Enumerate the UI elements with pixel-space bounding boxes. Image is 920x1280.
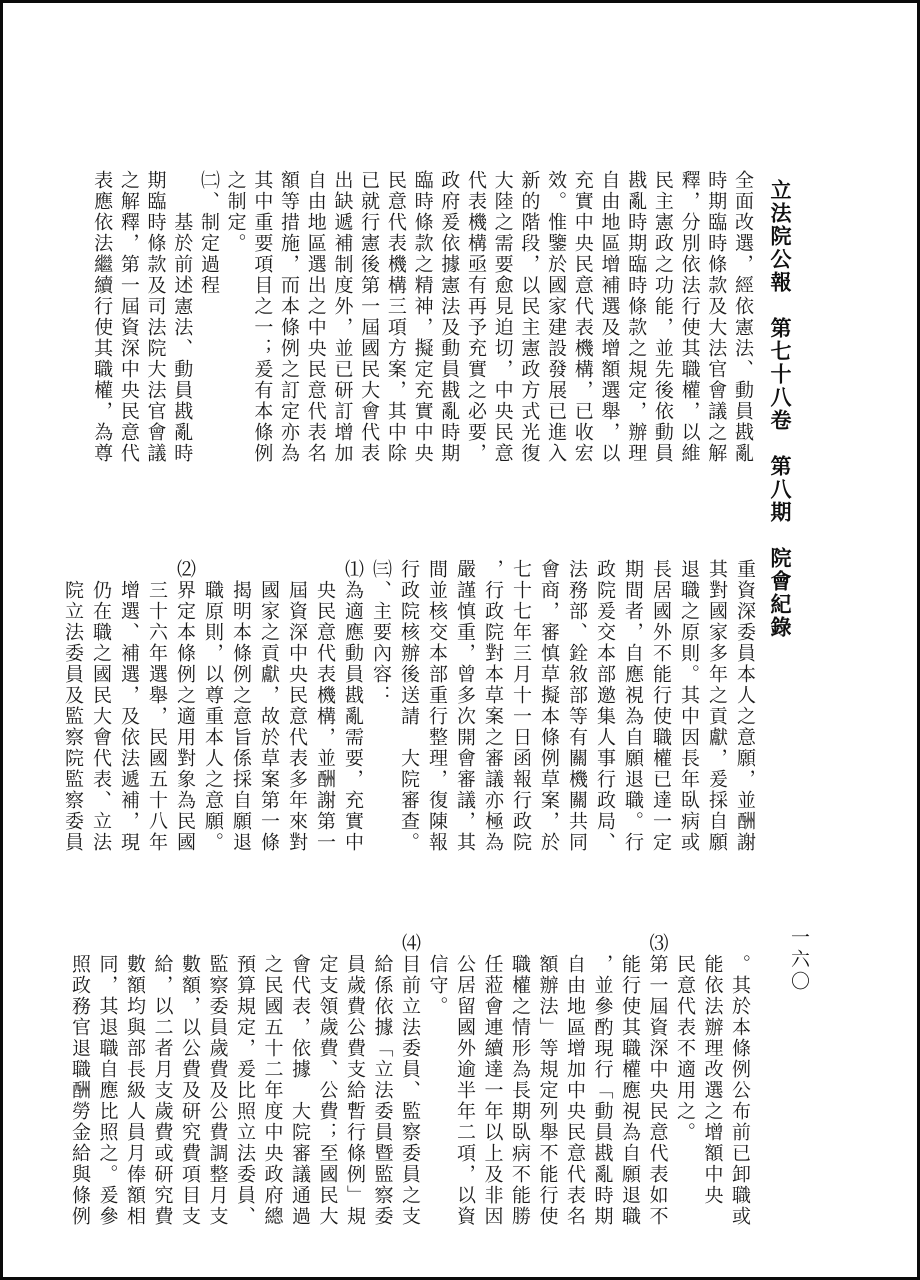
text-column: 效。惟鑒於國家建設發展已進入 xyxy=(542,170,569,464)
text-column: 員歲費公費支給暫行條例」規 xyxy=(341,933,369,1227)
text-column: 出缺遞補制度外，並已研訂增加 xyxy=(329,170,356,464)
text-column: 數額，以公費及研究費項目支 xyxy=(176,933,204,1227)
text-column: 釋，分別依法行使其職權，以維 xyxy=(676,170,703,464)
text-column: 期臨時條款及司法院大法官會議 xyxy=(142,170,169,464)
text-band-lower: 。其於本條例公布前已卸職或 能依法辦理改選之增額中央 民意代表不適用之。⑶第一屆… xyxy=(66,933,754,1227)
text-column: 間並核交本部重行整理，復陳報 xyxy=(423,559,451,853)
text-column: 臨時條款之精神，擬定充實中央 xyxy=(409,170,436,464)
text-column: 監察委員歲費及公費調整月支 xyxy=(203,933,231,1227)
text-column: 民意代表機構三項方案，其中除 xyxy=(382,170,409,464)
gazette-scan-page: 立法院公報 第七十八卷 第八期 院會紀錄 一六〇 全面改選，經依憲法、動員戡亂時… xyxy=(0,0,920,1280)
text-column: 行政院核辦後送請 大院審查。 xyxy=(395,559,423,853)
text-column: ⑴為適應動員戡亂需要，充實中 xyxy=(339,559,367,853)
text-column: 給，以二者月支歲費或研究費 xyxy=(148,933,176,1227)
text-column: 能依法辦理改選之增額中央 xyxy=(698,933,726,1227)
text-column: 政院爰交本部邀集人事行政局、 xyxy=(591,559,619,853)
text-column: 預算規定，爰比照立法委員、 xyxy=(231,933,259,1227)
text-column: 其中重要項目之一；爰有本條例 xyxy=(249,170,276,464)
text-column: 之民國五十二年度中央政府總 xyxy=(258,933,286,1227)
text-column: 基於前述憲法、動員戡亂時 xyxy=(169,170,196,464)
text-column: 能行使其職權應視為自願退職 xyxy=(616,933,644,1227)
text-column: ㈢、主要內容： xyxy=(367,559,395,853)
text-column: 新的階段，以民主憲政方式光復 xyxy=(516,170,543,464)
text-column: ㈡、制定過程 xyxy=(195,170,222,464)
text-column: 會代表，依據 大院審議通過 xyxy=(286,933,314,1227)
text-column: 屆資深中央民意代表多年來對 xyxy=(283,559,311,853)
text-column: 給係依據「立法委員暨監察委 xyxy=(368,933,396,1227)
page-number: 一六〇 xyxy=(786,927,813,993)
gazette-masthead-title: 立法院公報 第七十八卷 第八期 院會紀錄 xyxy=(765,179,795,639)
text-column: 重資深委員本人之意願，並酬謝 xyxy=(731,559,759,853)
text-column: 職權之情形為長期臥病不能勝 xyxy=(506,933,534,1227)
text-column: 照政務官退職酬勞金給與條例 xyxy=(66,933,94,1227)
text-column: 嚴謹慎重，曾多次開會審議，其 xyxy=(451,559,479,853)
text-column: 公居留國外逾半年二項，以資 xyxy=(451,933,479,1227)
text-column: 。其於本條例公布前已卸職或 xyxy=(726,933,754,1227)
text-band-middle: 重資深委員本人之意願，並酬謝其對國家多年之貢獻，爰採自願退職之原則。其中因長年臥… xyxy=(59,559,759,853)
text-column: 自由地區選出之中央民意代表名 xyxy=(302,170,329,464)
text-column: 充實中央民意代表機構，已收宏 xyxy=(569,170,596,464)
text-band-upper: 全面改選，經依憲法、動員戡亂時期臨時條款及大法官會議之解釋，分別依法行使其職權，… xyxy=(88,170,756,464)
text-column: 民主憲政之功能，並先後依動員 xyxy=(649,170,676,464)
text-column: 之解釋，第一屆資深中央民意代 xyxy=(115,170,142,464)
text-column: 政府爰依據憲法及動員戡亂時期 xyxy=(436,170,463,464)
text-column: ⑷目前立法委員、監察委員之支 xyxy=(396,933,424,1227)
text-column: 院立法委員及監察院監察委員 xyxy=(59,559,87,853)
text-column: 七十七年三月十一日函報行政院 xyxy=(507,559,535,853)
text-column: ⑵界定本條例之適用對象為民國 xyxy=(171,559,199,853)
text-column: ，並參酌現行「動員戡亂時期 xyxy=(588,933,616,1227)
text-column: 任蒞會連續達一年以上及非因 xyxy=(478,933,506,1227)
text-column: 會商，審慎草擬本條例草案，於 xyxy=(535,559,563,853)
text-column: ，行政院對本草案之審議亦極為 xyxy=(479,559,507,853)
text-column: 之制定。 xyxy=(222,170,249,464)
text-column: 增選、補選，及依法遞補，現 xyxy=(115,559,143,853)
text-column: 其對國家多年之貢獻，爰採自願 xyxy=(703,559,731,853)
text-column: ⑶第一屆資深中央民意代表如不 xyxy=(643,933,671,1227)
text-column: 法務部、銓敘部等有關機關共同 xyxy=(563,559,591,853)
text-column: 全面改選，經依憲法、動員戡亂 xyxy=(729,170,756,464)
text-column: 戡亂時期臨時條款之規定，辦理 xyxy=(622,170,649,464)
text-column: 代表機構亟有再予充實之必要， xyxy=(462,170,489,464)
text-column: 時期臨時條款及大法官會議之解 xyxy=(703,170,730,464)
text-column: 同，其退職自應比照之。爰參 xyxy=(93,933,121,1227)
text-column: 職原則，以尊重本人之意願。 xyxy=(199,559,227,853)
text-column: 大陸之需要愈見迫切，中央民意 xyxy=(489,170,516,464)
text-column: 數額均與部長級人員月俸額相 xyxy=(121,933,149,1227)
text-column: 三十六年選舉，民國五十八年 xyxy=(143,559,171,853)
text-column: 自由地區增補選及增額選舉，以 xyxy=(596,170,623,464)
text-column: 民意代表不適用之。 xyxy=(671,933,699,1227)
text-column: 信守。 xyxy=(423,933,451,1227)
text-column: 定支領歲費、公費；至國民大 xyxy=(313,933,341,1227)
text-column: 表應依法繼續行使其職權，為尊 xyxy=(88,170,115,464)
text-column: 已就行憲後第一屆國民大會代表 xyxy=(355,170,382,464)
text-column: 長居國外不能行使職權已達一定 xyxy=(647,559,675,853)
text-column: 退職之原則。其中因長年臥病或 xyxy=(675,559,703,853)
text-column: 額辦法」等規定列舉不能行使 xyxy=(533,933,561,1227)
text-column: 額等措施，而本條例之訂定亦為 xyxy=(275,170,302,464)
text-column: 期間者，自應視為自願退職。行 xyxy=(619,559,647,853)
text-column: 揭明本條例之意旨係採自願退 xyxy=(227,559,255,853)
text-column: 央民意代表機構，並酬謝第一 xyxy=(311,559,339,853)
text-column: 國家之貢獻，故於草案第一條 xyxy=(255,559,283,853)
text-column: 自由地區增加中央民意代表名 xyxy=(561,933,589,1227)
text-column: 仍在職之國民大會代表、立法 xyxy=(87,559,115,853)
